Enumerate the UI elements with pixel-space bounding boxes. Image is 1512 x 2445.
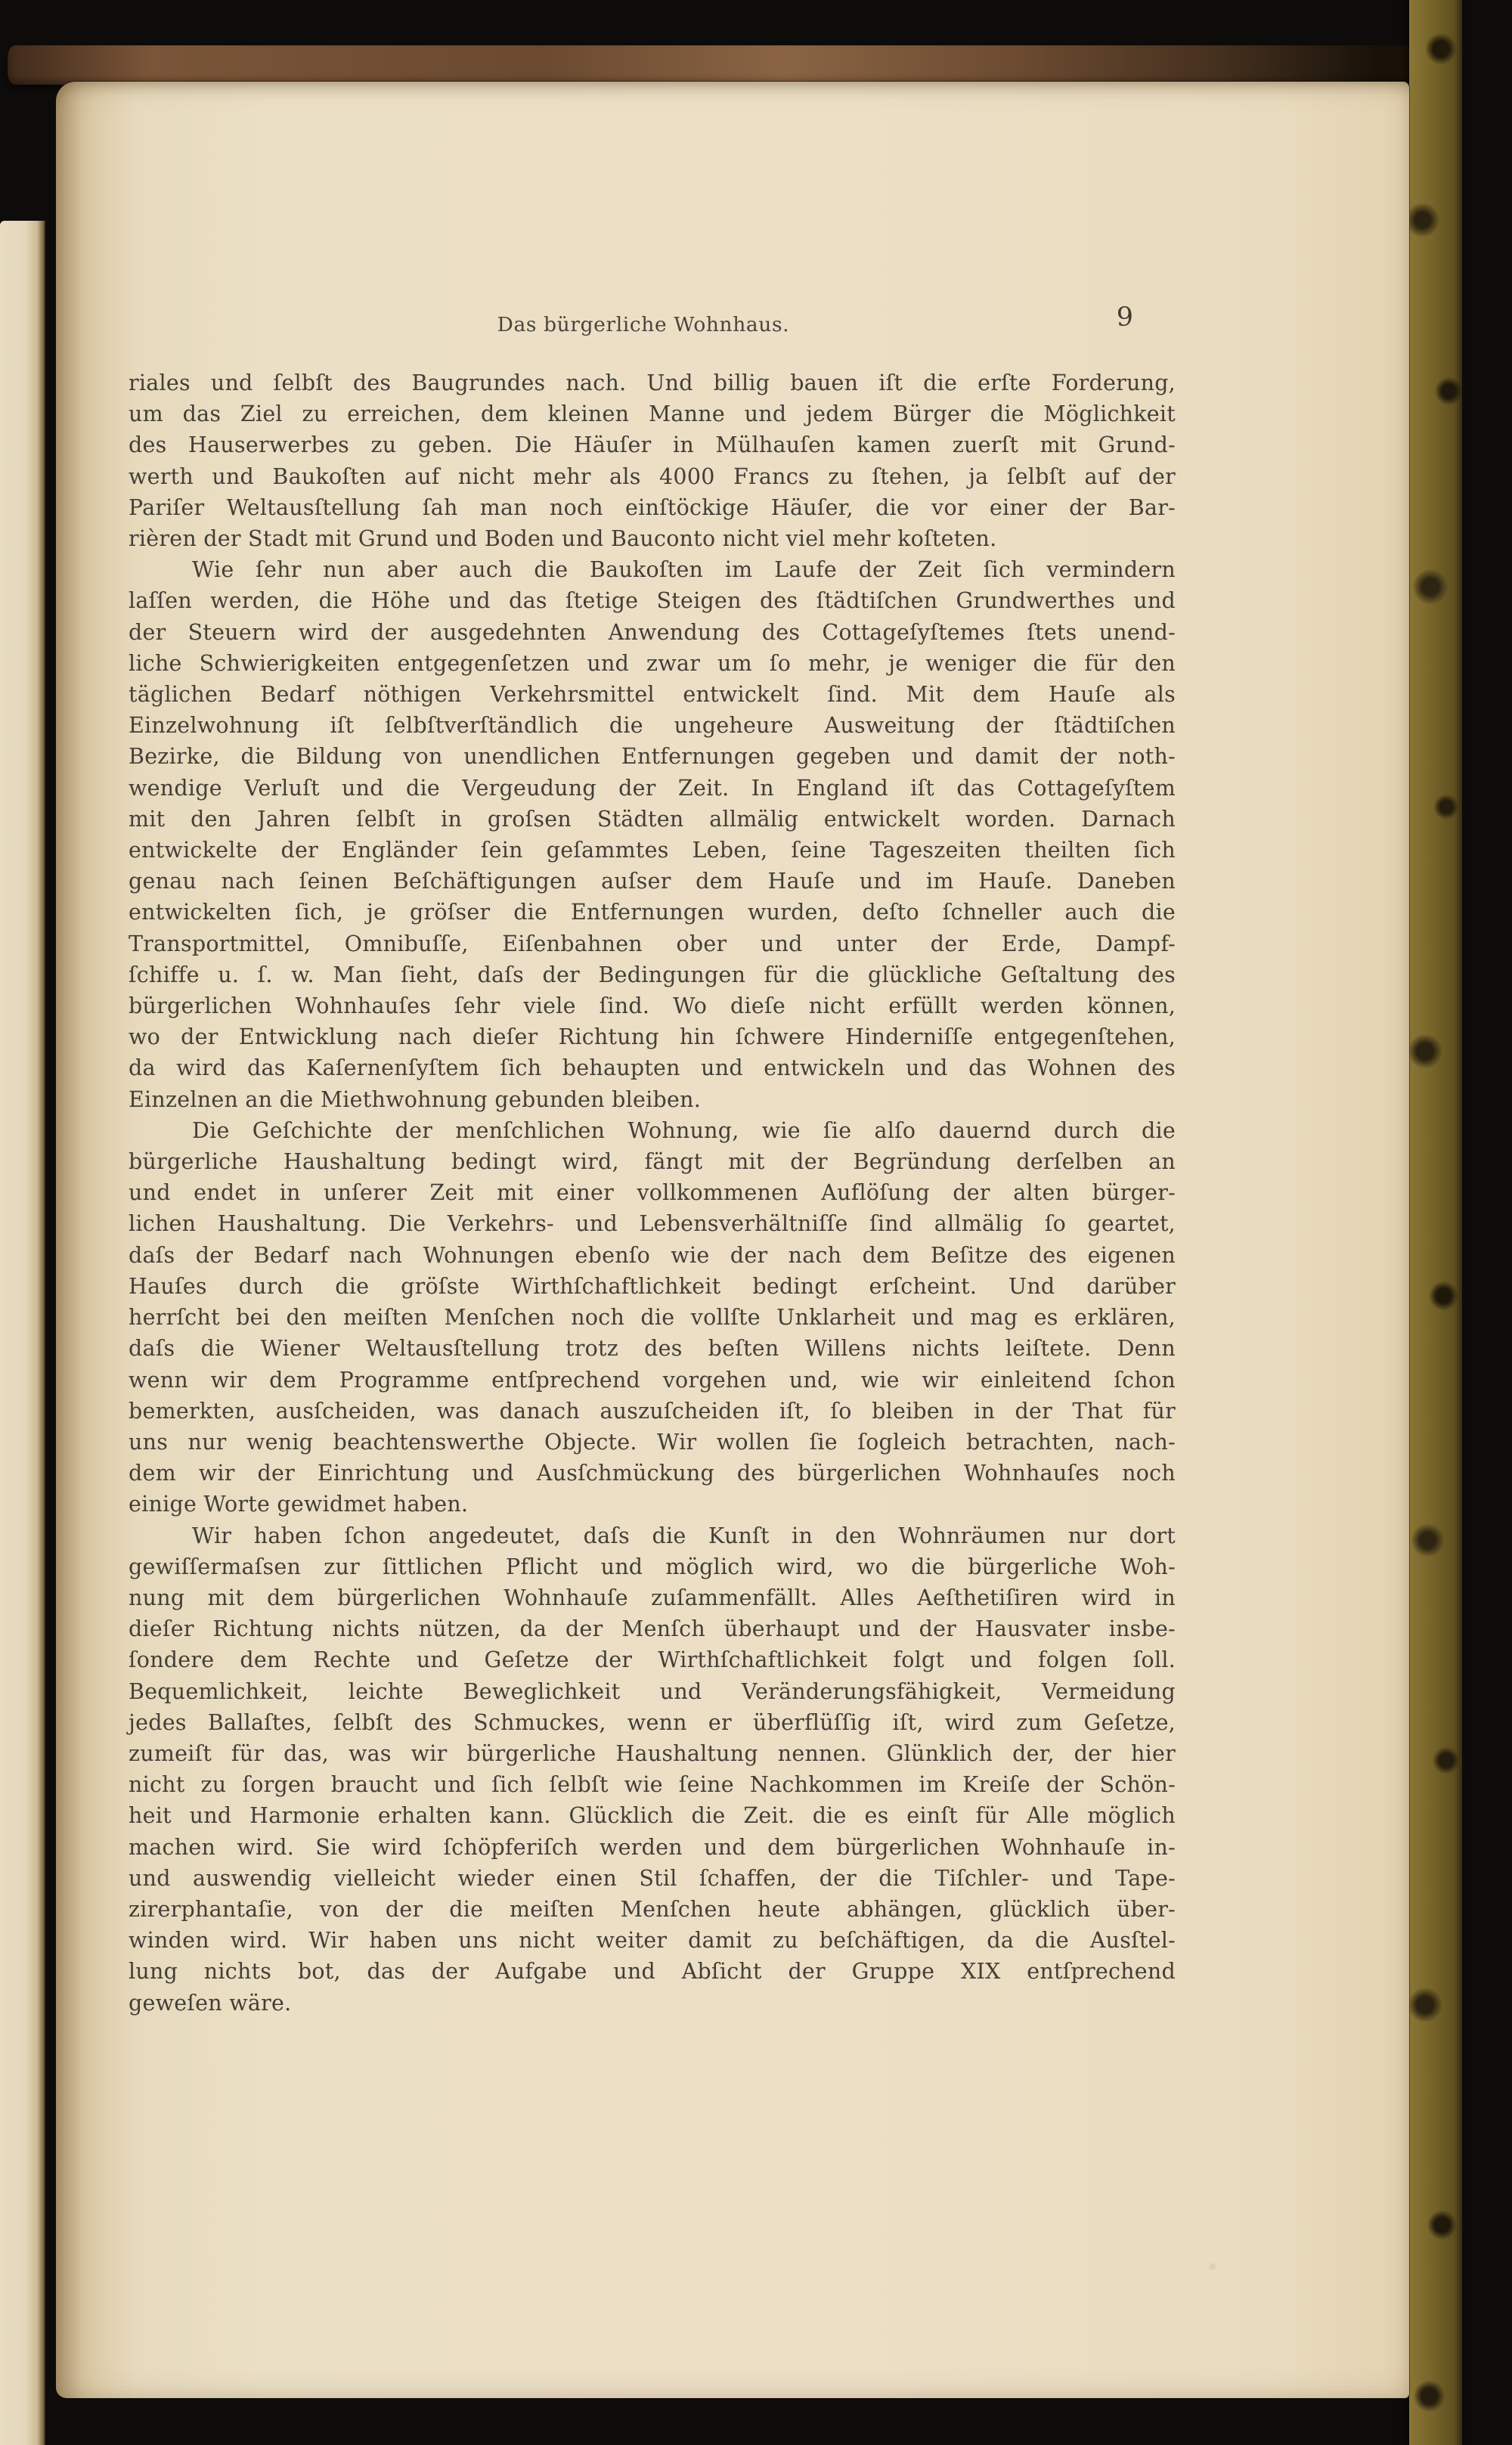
text-line: zumeiſt für das, was wir bürgerliche Hau… [129, 1738, 1176, 1769]
text-line: bürgerlichen Wohnhauſes ſehr viele ſind.… [129, 990, 1176, 1021]
text-line: Bezirke, die Bildung von unendlichen Ent… [129, 741, 1176, 772]
text-line: lichen Haushaltung. Die Verkehrs- und Le… [129, 1208, 1176, 1239]
marbled-fore-edge [1409, 0, 1462, 2445]
text-line: zirerphantaſie, von der die meiſten Menſ… [129, 1894, 1176, 1925]
text-line: Einzelwohnung iſt ſelbſtverſtändlich die… [129, 710, 1176, 741]
text-line: laſſen werden, die Höhe und das ſtetige … [129, 585, 1176, 616]
text-line: ſchiffe u. ſ. w. Man ſieht, daſs der Bed… [129, 959, 1176, 990]
text-line: bemerkten, ausſcheiden, was danach auszu… [129, 1396, 1176, 1427]
text-line: riales und ſelbſt des Baugrundes nach. U… [129, 367, 1176, 398]
text-line: Transportmittel, Omnibuſſe, Eiſenbahnen … [129, 928, 1176, 959]
text-line: täglichen Bedarf nöthigen Verkehrsmittel… [129, 679, 1176, 710]
text-line: entwickelte der Engländer ſein geſammtes… [129, 835, 1176, 866]
text-line: herrſcht bei den meiſten Menſchen noch d… [129, 1302, 1176, 1333]
text-line: da wird das Kaſernenſyſtem ſich behaupte… [129, 1052, 1176, 1083]
page-header: Das bürgerliche Wohnhaus. 9 [129, 302, 1176, 345]
paragraph: Wir haben ſchon angedeutet, daſs die Kun… [129, 1520, 1176, 2019]
adjacent-page-edge [0, 221, 45, 2445]
paragraph: riales und ſelbſt des Baugrundes nach. U… [129, 367, 1176, 554]
text-line: wo der Entwicklung nach dieſer Richtung … [129, 1021, 1176, 1052]
text-line: gewiſſermaſsen zur ſittlichen Pflicht un… [129, 1551, 1176, 1582]
text-line: entwickelten ſich, je gröſser die Entfer… [129, 897, 1176, 928]
text-line: ſondere dem Rechte und Geſetze der Wirth… [129, 1644, 1176, 1675]
text-line: Wie ſehr nun aber auch die Baukoſten im … [129, 554, 1176, 585]
text-line: nung mit dem bürgerlichen Wohnhauſe zuſa… [129, 1582, 1176, 1613]
text-line: Bequemlichkeit, leichte Beweglichkeit un… [129, 1676, 1176, 1707]
page-number: 9 [1117, 302, 1133, 333]
paragraph: Die Geſchichte der menſchlichen Wohnung,… [129, 1115, 1176, 1520]
text-line: daſs der Bedarf nach Wohnungen ebenſo wi… [129, 1240, 1176, 1271]
text-line: wendige Verluſt und die Vergeudung der Z… [129, 773, 1176, 804]
text-line: daſs die Wiener Weltausſtellung trotz de… [129, 1333, 1176, 1364]
text-line: winden wird. Wir haben uns nicht weiter … [129, 1925, 1176, 1956]
text-line: machen wird. Sie wird ſchöpferiſch werde… [129, 1832, 1176, 1863]
text-line: geweſen wäre. [129, 1988, 1176, 2019]
text-line: jedes Ballaſtes, ſelbſt des Schmuckes, w… [129, 1707, 1176, 1738]
text-line: nicht zu ſorgen braucht und ſich ſelbſt … [129, 1769, 1176, 1800]
text-line: wenn wir dem Programme entſprechend vorg… [129, 1365, 1176, 1396]
text-line: und auswendig vielleicht wieder einen St… [129, 1863, 1176, 1894]
text-line: bürgerliche Haushaltung bedingt wird, fä… [129, 1146, 1176, 1177]
text-line: rièren der Stadt mit Grund und Boden und… [129, 523, 1176, 554]
text-line: lung nichts bot, das der Aufgabe und Abſ… [129, 1956, 1176, 1987]
text-line: Wir haben ſchon angedeutet, daſs die Kun… [129, 1520, 1176, 1551]
book-cover-top-edge [8, 45, 1418, 85]
running-header: Das bürgerliche Wohnhaus. [497, 313, 790, 336]
text-line: um das Ziel zu erreichen, dem kleinen Ma… [129, 398, 1176, 429]
text-line: heit und Harmonie erhalten kann. Glückli… [129, 1800, 1176, 1831]
book-page: Das bürgerliche Wohnhaus. 9 riales und ſ… [56, 82, 1409, 2398]
text-line: Einzelnen an die Miethwohnung gebunden b… [129, 1084, 1176, 1115]
text-line: einige Worte gewidmet haben. [129, 1489, 1176, 1520]
text-line: Pariſer Weltausſtellung ſah man noch ein… [129, 492, 1176, 523]
text-line: der Steuern wird der ausgedehnten Anwend… [129, 617, 1176, 648]
text-line: uns nur wenig beachtenswerthe Objecte. W… [129, 1427, 1176, 1458]
text-block: riales und ſelbſt des Baugrundes nach. U… [129, 367, 1176, 2019]
text-line: dem wir der Einrichtung und Ausſchmückun… [129, 1458, 1176, 1489]
text-line: liche Schwierigkeiten entgegenſetzen und… [129, 648, 1176, 679]
scan-root: Das bürgerliche Wohnhaus. 9 riales und ſ… [0, 0, 1512, 2445]
text-line: genau nach ſeinen Beſchäftigungen auſser… [129, 866, 1176, 897]
text-line: werth und Baukoſten auf nicht mehr als 4… [129, 461, 1176, 492]
text-line: dieſer Richtung nichts nützen, da der Me… [129, 1613, 1176, 1644]
text-line: Die Geſchichte der menſchlichen Wohnung,… [129, 1115, 1176, 1146]
paragraph: Wie ſehr nun aber auch die Baukoſten im … [129, 554, 1176, 1115]
text-line: des Hauserwerbes zu geben. Die Häuſer in… [129, 429, 1176, 460]
text-line: Hauſes durch die gröſste Wirthſchaftlich… [129, 1271, 1176, 1302]
text-line: mit den Jahren ſelbſt in groſsen Städten… [129, 804, 1176, 835]
text-line: und endet in unſerer Zeit mit einer voll… [129, 1177, 1176, 1208]
